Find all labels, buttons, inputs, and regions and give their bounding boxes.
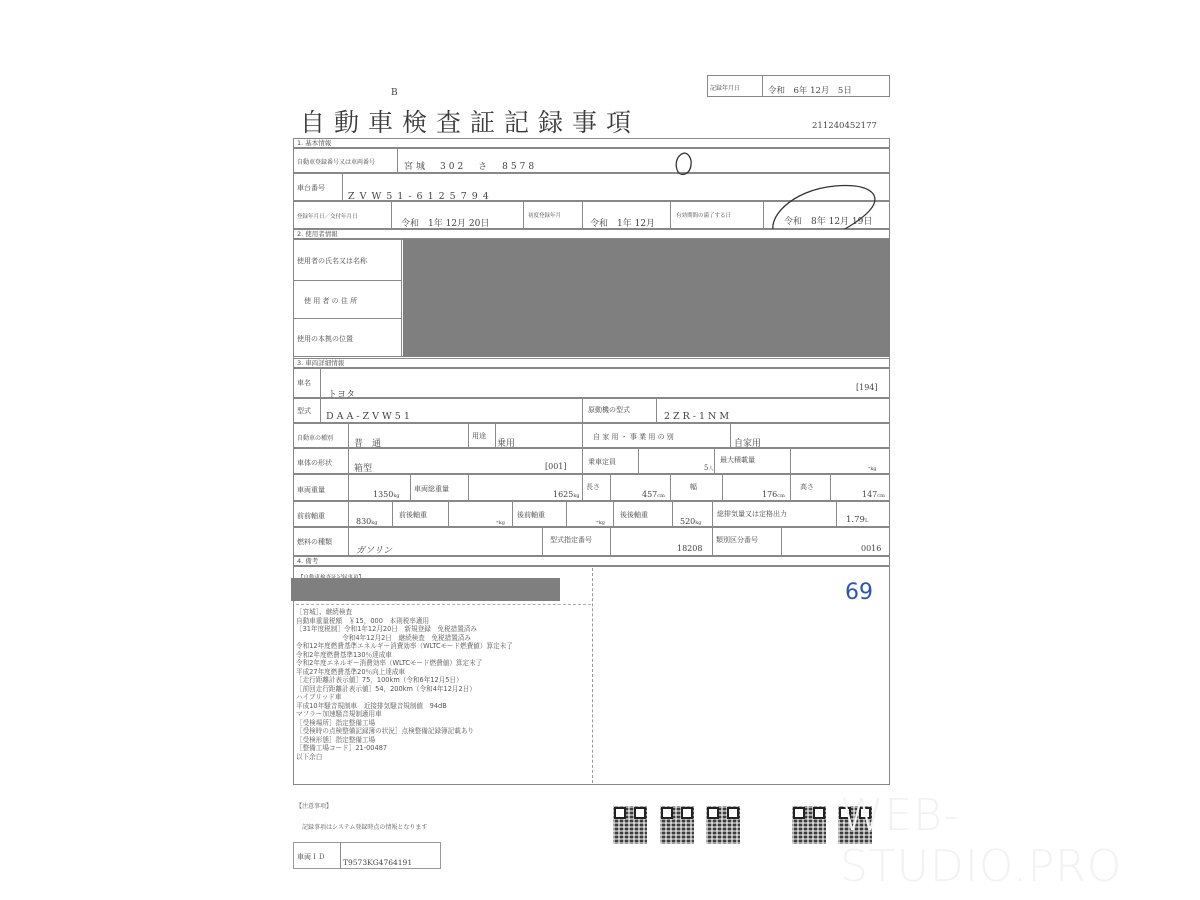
fuel-value: ガソリン (356, 543, 392, 556)
gross-weight-value: 1625kg (553, 490, 580, 499)
capacity-value: 5人 (704, 464, 713, 472)
remark-line: マフラー加速騒音規制適用車 (296, 710, 513, 719)
engine-model-value: 2ZR-1NM (664, 411, 732, 422)
section2-header: 2. 使用者情報 (293, 229, 890, 239)
capacity-label: 乗車定員 (588, 457, 616, 467)
qr-code-2 (660, 806, 694, 844)
redacted-remarks (291, 578, 560, 601)
vehicle-id-label: 車両ＩＤ (297, 852, 325, 862)
user-name-label: 使用者の氏名又は名称 (297, 256, 367, 266)
category-number-value: 0016 (861, 544, 881, 553)
body-shape-label: 車体の形状 (297, 458, 332, 468)
document-title: 自動車検査証記録事項 (300, 103, 640, 139)
remark-line: 平成10年騒音規制車 近接排気騒音規制値 94dB (296, 702, 513, 711)
qr-code-4 (792, 806, 826, 844)
front-front-axle-label: 前前軸重 (297, 511, 325, 521)
displacement-value: 1.79L (846, 515, 868, 525)
purpose-label: 用途 (472, 431, 486, 441)
make-code: [194] (856, 383, 878, 392)
record-date-label: 記録年月日 (710, 83, 740, 92)
remarks-divider (592, 568, 593, 783)
notice-text: 記録事項はシステム登録時点の情報となります (302, 822, 427, 831)
engine-model-label: 原動機の型式 (588, 405, 630, 415)
weight-label: 車両重量 (297, 485, 325, 495)
base-location-label: 使用の本拠の位置 (297, 334, 353, 344)
remark-line: ［宮城］、継続検査 (296, 608, 513, 617)
width-label: 幅 (690, 482, 697, 492)
remark-line: ［整備工場コード］21-00487 (296, 744, 513, 753)
registration-date-value: 令和 1年 12月 20日 (401, 216, 489, 229)
remark-line: ［走行距離計表示値］75，100km（令和6年12月5日） (296, 676, 513, 685)
registration-number-label: 自動車登録番号又は車両番号 (297, 157, 375, 166)
front-rear-axle-label: 前後軸重 (399, 510, 427, 520)
front-rear-axle-value: -kg (496, 517, 505, 526)
remark-line: 平成27年度燃費基準20％向上達成車 (296, 668, 513, 677)
body-shape-code: [001] (545, 462, 567, 471)
section1-header: 1. 基本情報 (293, 138, 890, 148)
model-label: 型式 (297, 406, 311, 416)
length-value: 457cm (642, 490, 665, 499)
remark-line: 令和2年度燃費基準130％達成車 (296, 651, 513, 660)
document-number: 211240452177 (812, 121, 877, 131)
width-value: 176cm (762, 490, 785, 499)
qr-code-3 (706, 806, 740, 844)
body-shape-value: 箱型 (354, 461, 372, 474)
rear-front-axle-label: 後前軸重 (517, 510, 545, 520)
qr-code-1 (613, 806, 647, 844)
first-registration-label: 初度登録年月 (528, 211, 561, 219)
front-front-axle-value: 830kg (356, 517, 378, 526)
section3-header: 3. 車両詳細情報 (293, 358, 890, 368)
user-address-label: 使 用 者 の 住 所 (304, 296, 357, 306)
remark-line: 以下余白 (296, 753, 513, 762)
first-registration-value: 令和 1年 12月 (590, 216, 655, 229)
remark-line: ［31年度税制］令和1年12月20日 新規登録 免税措置済み (296, 625, 513, 634)
fuel-label: 燃料の種類 (297, 537, 332, 547)
remark-line: ［受検場所］指定整備工場 (296, 719, 513, 728)
category-number-label: 類別区分番号 (716, 535, 758, 545)
notice-heading: 【注意事項】 (296, 801, 332, 810)
expiry-label: 有効期間の満了する日 (676, 211, 731, 219)
length-label: 長さ (586, 482, 600, 492)
weight-value: 1350kg (373, 490, 400, 499)
remark-line: 令和2年度エネルギー消費効率（WLTCモード燃費値）算定未了 (296, 659, 513, 668)
remarks-text: ［宮城］、継続検査自動車重量税額 ￥15，000 本則税率適用［31年度税制］令… (296, 608, 513, 761)
type-designation-label: 型式指定番号 (550, 535, 592, 545)
remark-line: ［受検形態］指定整備工場 (296, 736, 513, 745)
record-date-value: 令和 6年 12月 5日 (768, 84, 852, 96)
remark-line: 自動車重量税額 ￥15，000 本則税率適用 (296, 617, 513, 626)
rear-rear-axle-value: 520kg (680, 517, 702, 526)
max-load-value: -kg (868, 464, 877, 472)
handwritten-note: 69 (845, 580, 873, 605)
displacement-label: 総排気量又は定格出力 (717, 509, 787, 519)
chassis-number-label: 車台番号 (297, 183, 325, 193)
height-value: 147cm (862, 490, 885, 499)
gross-weight-label: 車両総重量 (414, 484, 449, 494)
remark-line: 令和12年度燃費基準エネルギー消費効率（WLTCモード燃費値）算定未了 (296, 642, 513, 651)
registration-date-label: 登録年月日／交付年月日 (297, 212, 358, 220)
vehicle-id-value: T9573KG4764191 (343, 858, 412, 867)
remark-line: ハイブリッド車 (296, 693, 513, 702)
registration-number-value: 宮城 302 さ 8578 (404, 159, 537, 172)
vehicle-type-label: 自動車の種別 (297, 433, 333, 442)
rear-front-axle-value: -kg (596, 517, 605, 526)
height-label: 高さ (800, 482, 814, 492)
redacted-user-info (403, 239, 890, 357)
remark-line: ［前回走行距離計表示値］54，200km（令和4年12月2日） (296, 685, 513, 694)
document-mark: B (391, 88, 398, 98)
rear-rear-axle-label: 後後軸重 (620, 510, 648, 520)
handwritten-zero-mark (670, 150, 700, 180)
section4-header: 4. 備考 (293, 556, 890, 566)
model-value: DAA-ZVW51 (326, 411, 413, 422)
make-label: 車名 (297, 378, 311, 388)
watermark: WEB-STUDIO.PRO (840, 790, 1200, 892)
remark-line: ［受検時の点検整備記録簿の状況］点検整備記録簿記載あり (296, 727, 513, 736)
remark-line: 令和4年12月2日 継続検査 免税措置済み (296, 634, 513, 643)
max-load-label: 最大積載量 (720, 455, 755, 465)
private-business-label: 自 家 用 ・ 事 業 用 の 別 (593, 432, 674, 442)
type-designation-value: 18208 (677, 544, 702, 553)
